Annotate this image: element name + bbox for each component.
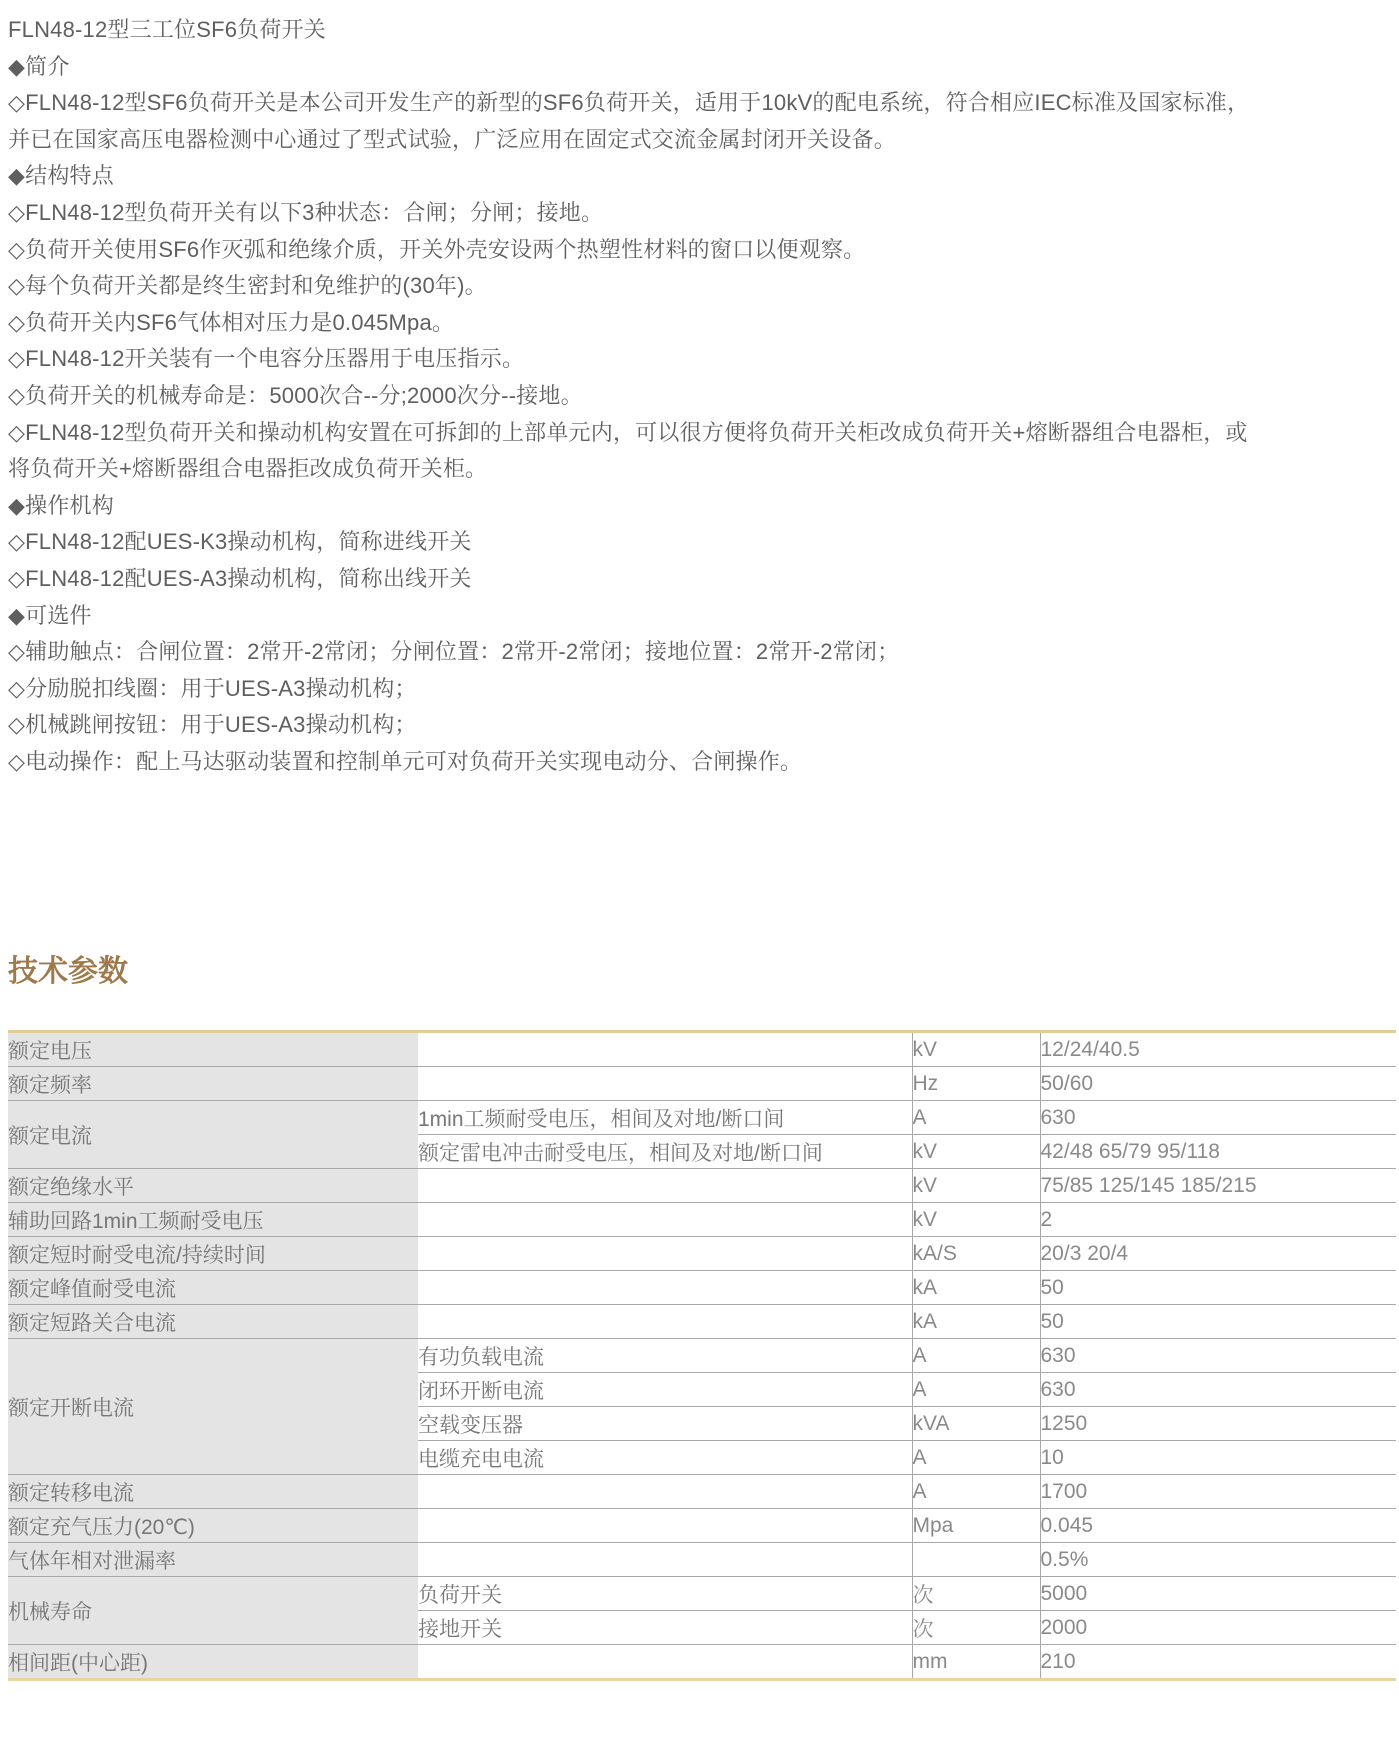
param-cell: 额定短时耐受电流/持续时间 [8, 1237, 418, 1271]
section-marker-mechanism: ◆操作机构 [8, 488, 1264, 525]
doc-line: ◇负荷开关使用SF6作灭弧和绝缘介质，开关外壳安设两个热塑性材料的窗口以便观察。 [8, 232, 1264, 269]
doc-line: ◇负荷开关内SF6气体相对压力是0.045Mpa。 [8, 305, 1264, 342]
sub-param-cell: 闭环开断电流 [418, 1373, 912, 1407]
param-cell: 额定电压 [8, 1032, 418, 1067]
value-cell: 630 [1040, 1373, 1396, 1407]
table-row: 额定峰值耐受电流 kA 50 [8, 1271, 1396, 1305]
sub-param-cell [418, 1645, 912, 1680]
value-cell: 0.045 [1040, 1509, 1396, 1543]
table-row: 辅助回路1min工频耐受电压 kV 2 [8, 1203, 1396, 1237]
doc-line: ◇FLN48-12配UES-A3操动机构，简称出线开关 [8, 561, 1264, 598]
doc-line: ◇FLN48-12配UES-K3操动机构，简称进线开关 [8, 524, 1264, 561]
unit-cell: kV [912, 1032, 1040, 1067]
unit-cell: kVA [912, 1407, 1040, 1441]
table-row: 额定短路关合电流 kA 50 [8, 1305, 1396, 1339]
table-row: 额定开断电流 有功负载电流 A 630 [8, 1339, 1396, 1373]
sub-param-cell [418, 1169, 912, 1203]
sub-param-cell: 1min工频耐受电压，相间及对地/断口间 [418, 1101, 912, 1135]
table-row: 机械寿命 负荷开关 次 5000 [8, 1577, 1396, 1611]
table-row: 额定短时耐受电流/持续时间 kA/S 20/3 20/4 [8, 1237, 1396, 1271]
param-cell: 额定开断电流 [8, 1339, 418, 1475]
doc-line: ◇电动操作：配上马达驱动装置和控制单元可对负荷开关实现电动分、合闸操作。 [8, 744, 1264, 781]
sub-param-cell [418, 1543, 912, 1577]
param-cell: 额定转移电流 [8, 1475, 418, 1509]
unit-cell: 次 [912, 1611, 1040, 1645]
value-cell: 12/24/40.5 [1040, 1032, 1396, 1067]
value-cell: 1250 [1040, 1407, 1396, 1441]
unit-cell: Mpa [912, 1509, 1040, 1543]
sub-param-cell: 额定雷电冲击耐受电压，相间及对地/断口间 [418, 1135, 912, 1169]
doc-line: ◇辅助触点：合闸位置：2常开-2常闭；分闸位置：2常开-2常闭；接地位置：2常开… [8, 634, 1264, 671]
value-cell: 10 [1040, 1441, 1396, 1475]
value-cell: 0.5% [1040, 1543, 1396, 1577]
unit-cell: kA [912, 1271, 1040, 1305]
sub-param-cell [418, 1237, 912, 1271]
unit-cell: A [912, 1475, 1040, 1509]
table-row: 相间距(中心距) mm 210 [8, 1645, 1396, 1680]
unit-cell: A [912, 1101, 1040, 1135]
doc-line: ◇每个负荷开关都是终生密封和免维护的(30年)。 [8, 268, 1264, 305]
unit-cell: A [912, 1441, 1040, 1475]
doc-line: ◇FLN48-12型负荷开关有以下3种状态：合闸；分闸；接地。 [8, 195, 1264, 232]
param-cell: 辅助回路1min工频耐受电压 [8, 1203, 418, 1237]
sub-param-cell: 有功负载电流 [418, 1339, 912, 1373]
param-cell: 相间距(中心距) [8, 1645, 418, 1680]
table-row: 额定充气压力(20℃) Mpa 0.045 [8, 1509, 1396, 1543]
value-cell: 5000 [1040, 1577, 1396, 1611]
param-cell: 机械寿命 [8, 1577, 418, 1645]
sub-param-cell [418, 1475, 912, 1509]
unit-cell: kV [912, 1203, 1040, 1237]
sub-param-cell [418, 1203, 912, 1237]
unit-cell: kA/S [912, 1237, 1040, 1271]
value-cell: 50 [1040, 1271, 1396, 1305]
sub-param-cell: 负荷开关 [418, 1577, 912, 1611]
sub-param-cell [418, 1305, 912, 1339]
doc-line: ◇机械跳闸按钮：用于UES-A3操动机构； [8, 707, 1264, 744]
table-row: 额定转移电流 A 1700 [8, 1475, 1396, 1509]
unit-cell: mm [912, 1645, 1040, 1680]
value-cell: 630 [1040, 1339, 1396, 1373]
unit-cell: A [912, 1373, 1040, 1407]
unit-cell: kV [912, 1135, 1040, 1169]
unit-cell [912, 1543, 1040, 1577]
param-cell: 额定充气压力(20℃) [8, 1509, 418, 1543]
value-cell: 1700 [1040, 1475, 1396, 1509]
value-cell: 210 [1040, 1645, 1396, 1680]
sub-param-cell [418, 1509, 912, 1543]
sub-param-cell [418, 1032, 912, 1067]
param-cell: 额定绝缘水平 [8, 1169, 418, 1203]
unit-cell: A [912, 1339, 1040, 1373]
section-marker-options: ◆可选件 [8, 598, 1264, 635]
param-cell: 额定电流 [8, 1101, 418, 1169]
value-cell: 50/60 [1040, 1067, 1396, 1101]
unit-cell: kV [912, 1169, 1040, 1203]
table-row: 额定频率 Hz 50/60 [8, 1067, 1396, 1101]
value-cell: 2000 [1040, 1611, 1396, 1645]
sub-param-cell [418, 1067, 912, 1101]
table-row: 额定电压 kV 12/24/40.5 [8, 1032, 1396, 1067]
value-cell: 2 [1040, 1203, 1396, 1237]
section-marker-intro: ◆简介 [8, 49, 1264, 86]
table-row: 额定绝缘水平 kV 75/85 125/145 185/215 [8, 1169, 1396, 1203]
tech-params-heading: 技术参数 [8, 950, 1399, 994]
value-cell: 630 [1040, 1101, 1396, 1135]
doc-line: ◇分励脱扣线圈：用于UES-A3操动机构； [8, 671, 1264, 708]
param-cell: 额定峰值耐受电流 [8, 1271, 418, 1305]
unit-cell: kA [912, 1305, 1040, 1339]
value-cell: 20/3 20/4 [1040, 1237, 1396, 1271]
unit-cell: 次 [912, 1577, 1040, 1611]
intro-text-block: FLN48-12型三工位SF6负荷开关 ◆简介 ◇FLN48-12型SF6负荷开… [8, 12, 1264, 780]
sub-param-cell: 空载变压器 [418, 1407, 912, 1441]
table-row: 额定电流 1min工频耐受电压，相间及对地/断口间 A 630 [8, 1101, 1396, 1135]
sub-param-cell: 电缆充电电流 [418, 1441, 912, 1475]
sub-param-cell [418, 1271, 912, 1305]
doc-line: ◇负荷开关的机械寿命是：5000次合--分;2000次分--接地。 [8, 378, 1264, 415]
doc-line: ◇FLN48-12型SF6负荷开关是本公司开发生产的新型的SF6负荷开关，适用于… [8, 85, 1264, 158]
tech-params-table: 额定电压 kV 12/24/40.5 额定频率 Hz 50/60 额定电流 1m… [8, 1030, 1396, 1681]
value-cell: 42/48 65/79 95/118 [1040, 1135, 1396, 1169]
unit-cell: Hz [912, 1067, 1040, 1101]
section-marker-structure: ◆结构特点 [8, 158, 1264, 195]
value-cell: 50 [1040, 1305, 1396, 1339]
doc-line: ◇FLN48-12型负荷开关和操动机构安置在可拆卸的上部单元内，可以很方便将负荷… [8, 415, 1264, 488]
param-cell: 气体年相对泄漏率 [8, 1543, 418, 1577]
table-row: 气体年相对泄漏率 0.5% [8, 1543, 1396, 1577]
page-title: FLN48-12型三工位SF6负荷开关 [8, 12, 1264, 49]
sub-param-cell: 接地开关 [418, 1611, 912, 1645]
param-cell: 额定短路关合电流 [8, 1305, 418, 1339]
product-spec-page: FLN48-12型三工位SF6负荷开关 ◆简介 ◇FLN48-12型SF6负荷开… [0, 0, 1399, 1681]
param-cell: 额定频率 [8, 1067, 418, 1101]
doc-line: ◇FLN48-12开关装有一个电容分压器用于电压指示。 [8, 341, 1264, 378]
value-cell: 75/85 125/145 185/215 [1040, 1169, 1396, 1203]
